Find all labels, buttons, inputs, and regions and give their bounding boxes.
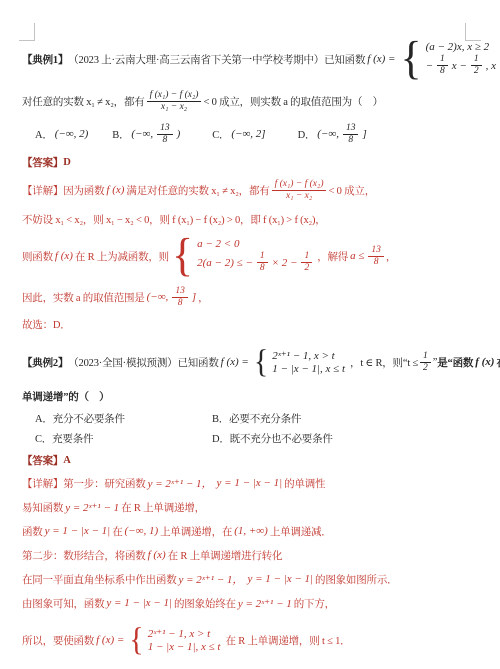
- detail-text: 在 R 上为减函数，则: [75, 249, 169, 264]
- ex2-piecewise-function: { 2ˣ⁺¹ − 1, x > t 1 − |x − 1|, x ≤ t: [254, 347, 347, 377]
- fraction-denominator: 8: [345, 135, 356, 146]
- option-b: B．必要不充分条件: [212, 411, 301, 426]
- ex2-piecewise-row1: 2ˣ⁺¹ − 1, x > t: [272, 349, 345, 362]
- ex1-piecewise-function: { (a − 2)x, x ≥ 2 − 1 8 x − 1 2 , x < 2: [400, 37, 500, 81]
- inequality-row2: 2(a − 2) ≤ − 1 8 × 2 − 1 2: [195, 251, 314, 274]
- fraction-numerator: f (x₁) − f (x₂): [272, 179, 327, 191]
- ex1-detail-line1: 【详解】因为函数 f (x) 满足对任意的实数 x₁ ≠ x₂，都有 f (x₁…: [0, 174, 500, 206]
- fraction-numerator: 1: [420, 351, 431, 363]
- ex1-detail-line3: 则函数 f (x) 在 R 上为减函数，则 { a − 2 < 0 2(a − …: [0, 232, 500, 280]
- fraction-numerator: f (x₁) − f (x₂): [147, 90, 202, 102]
- ex1-piecewise-row2-mid: x −: [452, 60, 467, 72]
- ex2-fx: f (x) =: [96, 634, 124, 646]
- document-page: 【典例1】 （2023 上·云南大理·高三云南省下关第一中学校考期中）已知函数 …: [0, 0, 500, 669]
- ex2-fx: f (x) =: [221, 356, 249, 368]
- fx-symbol: f (x): [106, 184, 124, 196]
- ex2-problem-line1: 【典例2】 （2023·全国·模拟预测）已知函数 f (x) = { 2ˣ⁺¹ …: [0, 338, 500, 386]
- answer-label: 【答案】: [22, 155, 63, 170]
- detail-text: 在 R 上单调递增，: [121, 500, 205, 515]
- fraction-numerator: 13: [368, 245, 384, 257]
- detail-label: 【详解】因为函数: [22, 183, 104, 198]
- inequality-row1: a − 2 < 0: [197, 238, 312, 250]
- detail-text: 的图象如图所示．: [315, 572, 397, 587]
- fraction-denominator: 8: [159, 135, 170, 146]
- fraction-denominator: 2: [301, 263, 312, 274]
- fraction-numerator: 1: [257, 251, 268, 263]
- ex1-cond-pre: 对任意的实数 x₁ ≠ x₂，都有: [22, 94, 145, 109]
- detail-text: 在 R 上单调递增，则 t ≤ 1．: [225, 633, 350, 648]
- conclusion-text: 故选：D．: [22, 317, 71, 332]
- ex1-piecewise-row2: − 1 8 x − 1 2 , x < 2: [424, 54, 500, 77]
- detail-text: 函数: [22, 524, 43, 539]
- option-d: D．既不充分也不必要条件: [212, 431, 333, 446]
- fraction-numerator: 1: [471, 54, 482, 66]
- inequality-row2-pre: 2(a − 2) ≤ −: [197, 257, 253, 269]
- fraction-denominator: 8: [437, 66, 448, 77]
- option-a-label: A．: [35, 127, 53, 142]
- option-d-open: (−∞,: [317, 128, 339, 140]
- answer-value: D: [63, 157, 70, 168]
- function-expression: y = 2ˣ⁺¹ − 1，: [179, 571, 244, 587]
- ex2-detail-line6: 由图象可知，函数 y = 1 − |x − 1| 的图象始终在 y = 2ˣ⁺¹…: [0, 592, 500, 614]
- fraction-13-8: 13 8: [343, 123, 359, 146]
- detail-text: 因此，实数 a 的取值范围是: [22, 290, 145, 305]
- detail-text: 的下方，: [294, 596, 335, 611]
- inequality-row2-mid: × 2 −: [272, 257, 298, 269]
- page-corner-mark-left-icon: [19, 23, 35, 41]
- ex2-problem-line2: 单调递增”的（ ）: [0, 386, 500, 406]
- option-b-open: (−∞,: [131, 128, 153, 140]
- fraction-1-8: 1 8: [437, 54, 448, 77]
- function-expression: y = 1 − |x − 1|: [106, 597, 172, 609]
- detail-label: 【详解】第一步：研究函数: [22, 476, 146, 491]
- detail-text: 由图象可知，函数: [22, 596, 104, 611]
- option-a-value: (−∞, 2): [55, 128, 89, 140]
- detail-text: 不妨设 x₁ < x₂，则 x₁ − x₂ < 0，则 f (x₁) − f (…: [22, 212, 326, 227]
- ex2-answer-line: 【答案】 A: [0, 450, 500, 470]
- ex2-detail-line5: 在同一平面直角坐标系中作出函数 y = 2ˣ⁺¹ − 1， y = 1 − |x…: [0, 568, 500, 590]
- detail-text: < 0 成立，: [328, 183, 375, 198]
- left-brace: {: [254, 346, 268, 379]
- ex1-options-row: A． (−∞, 2) B． (−∞, 13 8 ) C． (−∞, 2] D． …: [0, 120, 500, 148]
- fraction-13-8: 13 8: [368, 245, 384, 268]
- ex1-cond-post: < 0 成立，则实数 a 的取值范围为（ ）: [203, 94, 382, 109]
- ex1-fx: f (x) =: [367, 53, 395, 65]
- page-corner-mark-right-icon: [465, 23, 481, 41]
- option-d-label: D．: [298, 127, 316, 142]
- ex2-detail-step2-title: 第二步：数形结合，将函数 f (x) 在 R 上单调递增进行转化: [0, 544, 500, 566]
- fraction-1-2: 1 2: [420, 351, 431, 374]
- detail-text: 上单调递增，在: [160, 524, 232, 539]
- fraction-denominator: 8: [257, 263, 268, 274]
- interval: (1, +∞): [234, 525, 268, 537]
- detail-text: ，: [198, 290, 208, 305]
- fraction-denominator: 2: [471, 66, 482, 77]
- ex2-source: （2023·全国·模拟预测）已知函数: [68, 355, 218, 370]
- fraction-numerator: 13: [343, 123, 359, 135]
- detail-text: 则函数: [22, 249, 53, 264]
- system-of-inequalities: { a − 2 < 0 2(a − 2) ≤ − 1 8 × 2 − 1 2: [172, 234, 314, 278]
- option-c-value: (−∞, 2]: [231, 128, 265, 140]
- function-expression: y = 2ˣ⁺¹ − 1: [238, 597, 292, 610]
- left-brace: {: [172, 233, 193, 279]
- fraction-denominator: x₁ − x₂: [283, 191, 315, 202]
- fraction-denominator: 2: [420, 363, 431, 374]
- fraction-numerator: 1: [301, 251, 312, 263]
- ex1-piecewise-row1: (a − 2)x, x ≥ 2: [426, 41, 500, 53]
- ex1-problem-line2: 对任意的实数 x₁ ≠ x₂，都有 f (x₁) − f (x₂) x₁ − x…: [0, 84, 500, 118]
- option-c: C．充要条件: [35, 431, 212, 446]
- detail-text: 第二步：数形结合，将函数: [22, 548, 146, 563]
- difference-quotient-fraction: f (x₁) − f (x₂) x₁ − x₂: [147, 90, 202, 113]
- detail-text: 的图象始终在: [174, 596, 236, 611]
- option-c-label: C．: [212, 127, 229, 142]
- detail-text: 满足对任意的实数 x₁ ≠ x₂，都有: [126, 183, 269, 198]
- left-brace: {: [400, 36, 421, 82]
- fraction-13-8: 13 8: [172, 286, 188, 309]
- ex2-tag: 【典例2】: [22, 355, 68, 370]
- detail-text: 所以，要使函数: [22, 633, 94, 648]
- difference-quotient-fraction: f (x₁) − f (x₂) x₁ − x₂: [272, 179, 327, 202]
- function-expression: y = 2ˣ⁺¹ − 1，: [148, 475, 213, 491]
- ex1-tag: 【典例1】: [22, 52, 68, 67]
- fx-symbol: f (x): [148, 549, 166, 561]
- ex2-bold-phrase: 在 R 上: [496, 355, 500, 370]
- detail-text: 在同一平面直角坐标系中作出函数: [22, 572, 177, 587]
- function-expression: y = 2ˣ⁺¹ − 1: [65, 501, 119, 514]
- ex2-options-row2: C．充要条件 D．既不充分也不必要条件: [0, 428, 500, 448]
- left-brace: {: [129, 624, 143, 657]
- fraction-1-2: 1 2: [471, 54, 482, 77]
- answer-value: A: [63, 455, 70, 466]
- interval: (−∞, 1): [125, 525, 159, 537]
- ex2-piecewise-row1: 2ˣ⁺¹ − 1, x > t: [148, 627, 221, 640]
- answer-label: 【答案】: [22, 453, 63, 468]
- option-a: A．充分不必要条件: [35, 411, 212, 426]
- ex2-bold-phrase: 单调递增”的（ ）: [22, 389, 109, 404]
- ex2-detail-line3: 函数 y = 1 − |x − 1| 在 (−∞, 1) 上单调递增，在 (1,…: [0, 520, 500, 542]
- ex2-piecewise-row2: 1 − |x − 1|, x ≤ t: [272, 363, 345, 375]
- fraction-denominator: x₁ − x₂: [158, 102, 190, 113]
- ex2-detail-line2: 易知函数 y = 2ˣ⁺¹ − 1 在 R 上单调递增，: [0, 496, 500, 518]
- ex1-answer-line: 【答案】 D: [0, 152, 500, 172]
- ex2-piecewise-function: { 2ˣ⁺¹ − 1, x > t 1 − |x − 1|, x ≤ t: [129, 625, 222, 655]
- interval-open: (−∞,: [147, 291, 169, 303]
- option-b-label: B．: [112, 127, 129, 142]
- detail-text: 易知函数: [22, 500, 63, 515]
- detail-text: 上单调递减．: [270, 524, 332, 539]
- function-expression: y = 1 − |x − 1|: [217, 477, 283, 489]
- function-expression: y = 1 − |x − 1|: [247, 573, 313, 585]
- ex1-source: （2023 上·云南大理·高三云南省下关第一中学校考期中）已知函数: [68, 52, 365, 67]
- fraction-denominator: 8: [175, 298, 186, 309]
- ex2-mid-text: ，t ∈ R，则“t ≤: [350, 355, 418, 370]
- ex2-piecewise-row2: 1 − |x − 1|, x ≤ t: [148, 641, 221, 653]
- fraction-numerator: 13: [172, 286, 188, 298]
- minus-sign: −: [426, 60, 433, 72]
- ex1-conclusion-line: 故选：D．: [0, 314, 500, 334]
- detail-text: 在: [112, 524, 122, 539]
- ex1-detail-line2: 不妨设 x₁ < x₂，则 x₁ − x₂ < 0，则 f (x₁) − f (…: [0, 208, 500, 230]
- ex2-conclusion-line: 所以，要使函数 f (x) = { 2ˣ⁺¹ − 1, x > t 1 − |x…: [0, 616, 500, 664]
- ex2-bold-phrase: 是“函数: [437, 355, 473, 370]
- option-b-close: ): [177, 128, 181, 140]
- fraction-13-8: 13 8: [157, 123, 173, 146]
- fraction-numerator: 13: [157, 123, 173, 135]
- option-d-close: ]: [362, 128, 366, 140]
- fraction-1-8: 1 8: [257, 251, 268, 274]
- detail-text: 的单调性: [284, 476, 325, 491]
- a-leq: a ≤: [350, 250, 364, 262]
- ex1-piecewise-row2-cond: , x < 2: [486, 60, 500, 72]
- ex2-detail-step1-title: 【详解】第一步：研究函数 y = 2ˣ⁺¹ − 1， y = 1 − |x − …: [0, 472, 500, 494]
- fx-symbol: f (x): [475, 356, 494, 368]
- ex1-problem-line1: 【典例1】 （2023 上·云南大理·高三云南省下关第一中学校考期中）已知函数 …: [0, 36, 500, 82]
- fraction-numerator: 1: [437, 54, 448, 66]
- detail-text: ，: [386, 249, 396, 264]
- interval-close: ]: [192, 291, 196, 303]
- ex2-options-row1: A．充分不必要条件 B．必要不充分条件: [0, 408, 500, 428]
- detail-text: ，解得: [317, 249, 348, 264]
- ex1-detail-line4: 因此，实数 a 的取值范围是 (−∞, 13 8 ] ，: [0, 282, 500, 312]
- fraction-1-2: 1 2: [301, 251, 312, 274]
- detail-text: 在 R 上单调递增进行转化: [168, 548, 283, 563]
- fx-symbol: f (x): [55, 250, 73, 262]
- function-expression: y = 1 − |x − 1|: [45, 525, 111, 537]
- fraction-denominator: 8: [371, 257, 382, 268]
